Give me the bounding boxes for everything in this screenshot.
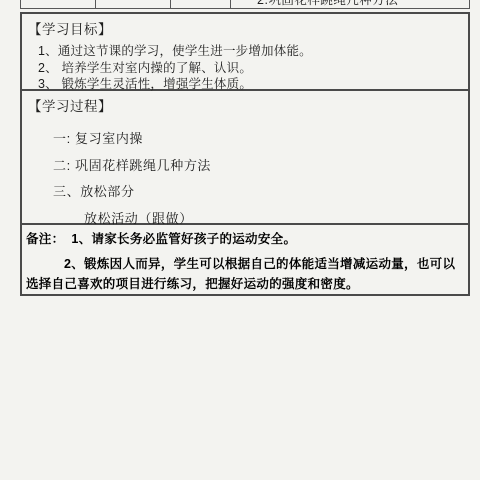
objective-item-2: 2、 培养学生对室内操的了解、认识。 <box>38 60 460 77</box>
notes-section: 备注： 1、请家长务必监管好孩子的运动安全。 2、锻炼因人而异，学生可以根据自己… <box>20 223 470 296</box>
table-header-cell-3 <box>171 0 231 8</box>
notes-row-1: 备注： 1、请家长务必监管好孩子的运动安全。 <box>26 233 460 247</box>
notes-text-3: 选择自己喜欢的项目进行练习，把握好运动的强度和密度。 <box>26 278 460 292</box>
process-steps: 一: 复习室内操 二: 巩固花样跳绳几种方法 三、放松部分 <box>28 132 460 199</box>
notes-text-1: 1、请家长务必监管好孩子的运动安全。 <box>71 233 296 247</box>
process-step-2: 二: 巩固花样跳绳几种方法 <box>53 159 460 173</box>
document-page: 2.巩固花样跳绳几种方法 【学习目标】 1、通过这节课的学习，使学生进一步增加体… <box>0 0 480 480</box>
process-step-3: 三、放松部分 <box>53 185 460 199</box>
table-header-cell-2 <box>96 0 171 8</box>
table-header-cell-1 <box>21 0 96 8</box>
objectives-title: 【学习目标】 <box>28 22 460 37</box>
process-step-1: 一: 复习室内操 <box>53 132 460 146</box>
process-title: 【学习过程】 <box>28 99 460 114</box>
table-header-cell-content: 2.巩固花样跳绳几种方法 <box>231 0 469 8</box>
objectives-section: 【学习目标】 1、通过这节课的学习，使学生进一步增加体能。 2、 培养学生对室内… <box>20 12 470 91</box>
process-section: 【学习过程】 一: 复习室内操 二: 巩固花样跳绳几种方法 三、放松部分 放松活… <box>20 89 470 225</box>
notes-label: 备注： <box>26 233 64 247</box>
notes-text-2: 2、锻炼因人而异，学生可以根据自己的体能适当增减运动量，也可以 <box>26 258 460 272</box>
lesson-plan-table: 2.巩固花样跳绳几种方法 【学习目标】 1、通过这节课的学习，使学生进一步增加体… <box>20 0 470 296</box>
objectives-list: 1、通过这节课的学习，使学生进一步增加体能。 2、 培养学生对室内操的了解、认识… <box>28 43 460 93</box>
objective-item-1: 1、通过这节课的学习，使学生进一步增加体能。 <box>38 43 460 60</box>
table-header-row: 2.巩固花样跳绳几种方法 <box>20 0 470 9</box>
